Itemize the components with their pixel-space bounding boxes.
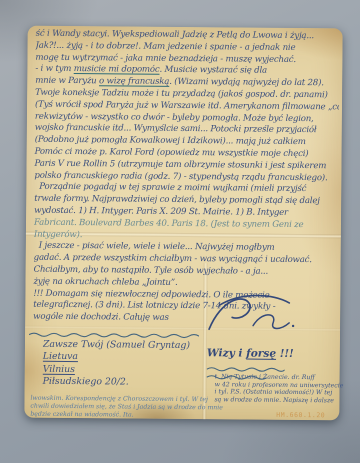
wavy-underline-icon xyxy=(207,366,285,373)
sender-line: Piłsudskiego 20/2. xyxy=(43,376,213,390)
postscript-right: t. Nią Tytusie i Żanecie. dr. Ruffw 42 r… xyxy=(214,373,336,404)
letter-paper: ść i Wandy stacyi. Wyekspediowali Jadzię… xyxy=(24,26,342,421)
wavy-separator-line xyxy=(29,331,199,339)
postscript-line: są w drodze do mnie. Napiszę i dalsze xyxy=(214,396,336,405)
letter-body: ść i Wandy stacyi. Wyekspediowali Jadzię… xyxy=(33,29,340,327)
signature-stroke-icon xyxy=(201,289,297,342)
demand-note: Wizy i forsę !!! xyxy=(207,347,294,361)
postscript-bottom: lwowskim. Korespondencję z Choroszczowem… xyxy=(30,395,220,420)
archive-stamp: HM.660.1.20 xyxy=(276,411,325,419)
sender-block: Zawsze Twój (Samuel Gryntag)LietuvaVilni… xyxy=(43,339,213,390)
demand-text: Wizy i forsę !!! xyxy=(207,347,294,361)
signature-flourish xyxy=(201,289,297,342)
scan-background: ść i Wandy stacyi. Wyekspediowali Jadzię… xyxy=(0,0,360,463)
